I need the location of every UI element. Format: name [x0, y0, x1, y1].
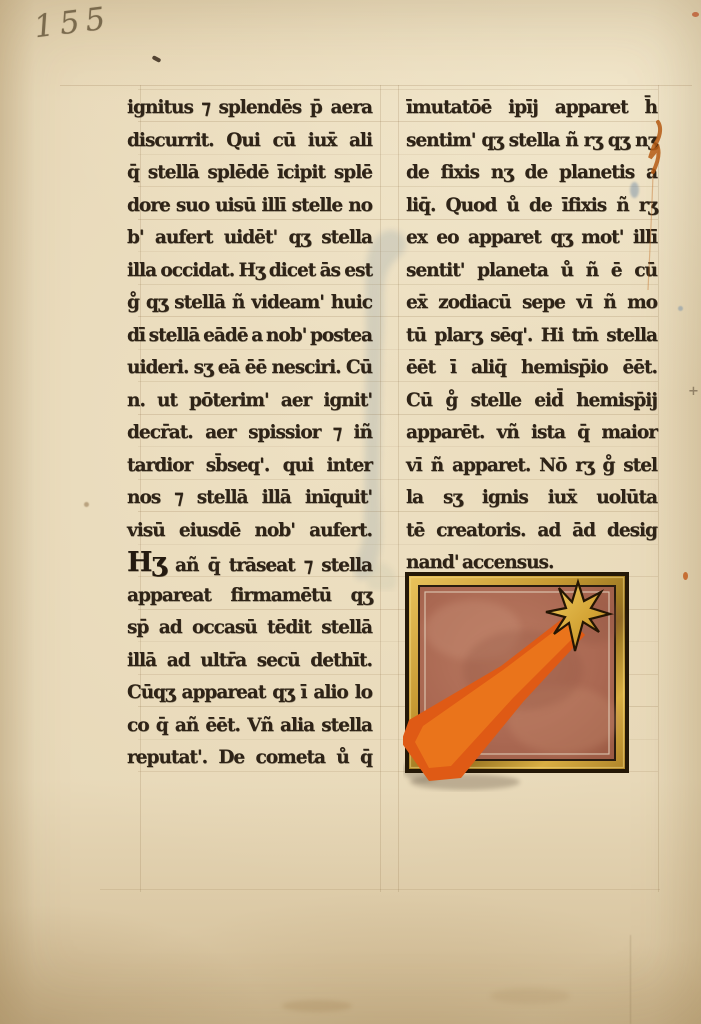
- text-line: tardior sb̄seq'. qui inter: [127, 450, 372, 483]
- text-line: sp̄ ad occasū tēdit stellā: [127, 612, 372, 645]
- text-line: Cūqʒ appareat qʒ ī alio lo: [127, 677, 372, 710]
- dot-stain: [84, 502, 89, 507]
- ruling-line: [60, 85, 692, 86]
- text-line: ēēt ī aliq̄ hemisp̄io ēēt.: [406, 352, 657, 385]
- plus-mark: +: [688, 384, 699, 399]
- manuscript-page: 155 ignitus ⁊ splendēs p̄ aeradiscurrit.…: [0, 0, 701, 1024]
- text-line: uideri. sʒ eā ēē nesciri. Cū: [127, 352, 372, 385]
- red-speck-top: [692, 12, 699, 17]
- text-line: īmutatōē ipīj apparet h̄: [406, 92, 657, 125]
- text-column-left: ignitus ⁊ splendēs p̄ aeradiscurrit. Qui…: [127, 92, 372, 775]
- text-line: reputat'. De cometa ů q̄: [127, 742, 372, 775]
- ruling-line: [658, 85, 659, 892]
- text-line: b' aufert uidēt' qʒ stella: [127, 222, 372, 255]
- text-line: nos ⁊ stellā illā inīquit': [127, 482, 372, 515]
- text-line: q̄ stellā splēdē īcipit splē: [127, 157, 372, 190]
- folio-number: 155: [32, 0, 126, 45]
- text-line: liq̄. Quod ů de īfixis ñ rʒ: [406, 190, 657, 223]
- text-line: ex̄ zodiacū sepe vī ñ mo: [406, 287, 657, 320]
- text-line: Hʒ añ q̄ trāseat ⁊ stella: [127, 547, 372, 580]
- text-column-right: īmutatōē ipīj apparet h̄sentim' qʒ stell…: [406, 92, 657, 580]
- text-line: tū plarʒ sēq'. Hi tm̄ stella: [406, 320, 657, 353]
- text-line: dī stellā eādē a nob' postea: [127, 320, 372, 353]
- ink-speck: [152, 55, 162, 63]
- ruling-line: [380, 85, 381, 892]
- text-line: apparēt. vñ ista q̄ maior: [406, 417, 657, 450]
- text-line: ex eo apparet qʒ mot' illī: [406, 222, 657, 255]
- text-line: visū eiusdē nob' aufert.: [127, 515, 372, 548]
- text-line: discurrit. Qui cū iux̄ ali: [127, 125, 372, 158]
- comet-miniature: [403, 570, 635, 812]
- text-line: g̊ qʒ stellā ñ videam' huic: [127, 287, 372, 320]
- decorated-initial: Hʒ: [127, 547, 166, 578]
- text-line: illā ad ultr̄a secū dethīt.: [127, 645, 372, 678]
- bottom-smudge-2: [490, 988, 570, 1004]
- text-line: n. ut pōterim' aer ignit': [127, 385, 372, 418]
- text-line: Cū g̊ stelle eid̄ hemisp̄ij: [406, 385, 657, 418]
- text-line: sentim' qʒ stella ñ rʒ qʒ nʒ: [406, 125, 657, 158]
- text-line: sentit' planeta ů ñ ē cū: [406, 255, 657, 288]
- rust-speck-mark: [683, 572, 688, 580]
- text-line: de fixis nʒ de planetis a: [406, 157, 657, 190]
- text-line: co q̄ añ ēēt. Vñ alia stella: [127, 710, 372, 743]
- blue-speck-mark: [678, 306, 683, 311]
- text-line: decr̄at. aer spissior ⁊ iñ: [127, 417, 372, 450]
- text-line: ignitus ⁊ splendēs p̄ aera: [127, 92, 372, 125]
- text-line: appareat firmamētū qʒ: [127, 580, 372, 613]
- parchment-crease: [630, 935, 631, 1024]
- text-line: la sʒ ignis iux̄ uolūta: [406, 482, 657, 515]
- text-line: vī ñ apparet. Nō rʒ g̊ stel: [406, 450, 657, 483]
- bottom-smudge: [282, 1000, 352, 1012]
- text-line: illa occidat. Hʒ dicet ās est: [127, 255, 372, 288]
- text-line: tē creatoris. ad ād desig: [406, 515, 657, 548]
- ruling-line: [398, 85, 399, 892]
- text-line: dore suo uisū illī stelle no: [127, 190, 372, 223]
